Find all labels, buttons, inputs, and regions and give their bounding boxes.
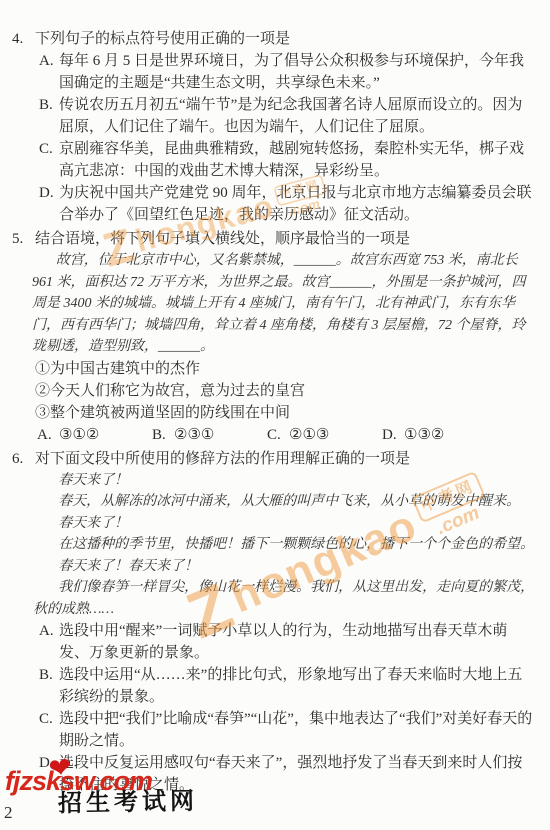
q4-option-d-label: D. [39,182,59,226]
q5-item-2: ②今天人们称它为故宫，意为过去的皇宫 [35,380,538,402]
q5-choice-a-label: A. [37,424,59,446]
q5-choice-d-text: ①③② [404,424,444,446]
q4-option-b-text: 传说农历五月初五“端午节”是为纪念我国著名诗人屈原而设立的。因为屈原，人们记住了… [59,94,538,138]
question-5-number: 5. [12,228,35,250]
q6-option-a-text: 选段中用“醒来”一词赋予小草以人的行为，生动地描写出春天草木萌发、万象更新的景象… [59,620,538,664]
q5-choice-b-text: ②③① [174,424,214,446]
question-5-stem: 5. 结合语境，将下列句子填入横线处，顺序最恰当的一项是 [12,228,538,250]
question-5: 5. 结合语境，将下列句子填入横线处，顺序最恰当的一项是 故宫，位于北京市中心，… [12,228,538,446]
q6-option-c-label: C. [39,708,59,752]
q5-choice-b-label: B. [152,424,174,446]
page-number: 2 [4,802,13,824]
q5-choice-d-label: D. [382,424,404,446]
q4-option-b-label: B. [39,94,59,138]
q6-poem-line-6: 我们像春笋一样冒尖，像山花一样烂漫。我们，从这里出发，走向夏的繁茂，秋的成熟…… [33,577,536,620]
q5-choice-c-text: ②①③ [289,424,329,446]
question-6-stem-text: 对下面文段中所使用的修辞方法的作用理解正确的一项是 [35,448,538,470]
question-4: 4. 下列句子的标点符号使用正确的一项是 A. 每年 6 月 5 日是世界环境日… [12,28,538,226]
q4-option-a-text: 每年 6 月 5 日是世界环境日，为了倡导公众积极参与环境保护，今年我国确定的主… [59,50,538,94]
q5-choice-a: A. ③①② [37,424,152,446]
q6-option-b: B. 选段中运用“从……来”的排比句式，形象地写出了春天来临时大地上五彩缤纷的景… [12,664,538,708]
q5-choice-a-text: ③①② [59,424,99,446]
question-5-stem-text: 结合语境，将下列句子填入横线处，顺序最恰当的一项是 [35,228,538,250]
q5-choice-c: C. ②①③ [267,424,382,446]
exam-page: 4. 下列句子的标点符号使用正确的一项是 A. 每年 6 月 5 日是世界环境日… [0,0,550,796]
q5-item-3: ③整个建筑被两道坚固的防线围在中间 [35,402,538,424]
q4-option-d: D. 为庆祝中国共产党建党 90 周年，北京日报与北京市地方志编纂委员会联合举办… [12,182,538,226]
question-6: 6. 对下面文段中所使用的修辞方法的作用理解正确的一项是 春天来了！ 春天，从解… [12,448,538,797]
q4-option-b: B. 传说农历五月初五“端午节”是为纪念我国著名诗人屈原而设立的。因为屈原，人们… [12,94,538,138]
q5-choices-row: A. ③①② B. ②③① C. ②①③ D. ①③② [37,424,538,446]
q4-option-c-label: C. [39,138,59,182]
q5-passage: 故宫，位于北京市中心，又名紫禁城，______。故宫东西宽 753 米，南北长 … [32,250,536,358]
q4-option-d-text: 为庆祝中国共产党建党 90 周年，北京日报与北京市地方志编纂委员会联合举办了《回… [59,182,538,226]
question-4-stem-text: 下列句子的标点符号使用正确的一项是 [35,28,538,50]
q4-option-c: C. 京剧雍容华美，昆曲典雅精致，越剧宛转悠扬，秦腔朴实无华，梆子戏高亢悲凉：中… [12,138,538,182]
q6-poem-line-5: 春天来了！春天来了！ [33,556,536,578]
question-6-stem: 6. 对下面文段中所使用的修辞方法的作用理解正确的一项是 [12,448,538,470]
q6-option-b-text: 选段中运用“从……来”的排比句式，形象地写出了春天来临时大地上五彩缤纷的景象。 [59,664,538,708]
q6-poem-line-4: 在这播种的季节里，快播吧！播下一颗颗绿色的心，播下一个个金色的希望。 [33,534,536,556]
q5-choice-c-label: C. [267,424,289,446]
q5-choice-d: D. ①③② [382,424,497,446]
q5-item-1: ①为中国古建筑中的杰作 [35,358,538,380]
q6-poem-line-2: 春天，从解冻的冰河中涌来，从大雁的叫声中飞来，从小草的萌发中醒来。 [33,491,536,513]
q6-poem-line-3: 春天来了！ [33,513,536,535]
question-4-number: 4. [12,28,35,50]
question-4-stem: 4. 下列句子的标点符号使用正确的一项是 [12,28,538,50]
q6-option-b-label: B. [39,664,59,708]
q6-poem-line-1: 春天来了！ [33,470,536,492]
question-6-number: 6. [12,448,35,470]
q4-option-a: A. 每年 6 月 5 日是世界环境日，为了倡导公众积极参与环境保护，今年我国确… [12,50,538,94]
q6-option-a-label: A. [39,620,59,664]
q6-poem: 春天来了！ 春天，从解冻的冰河中涌来，从大雁的叫声中飞来，从小草的萌发中醒来。 … [12,470,538,621]
q6-option-a: A. 选段中用“醒来”一词赋予小草以人的行为，生动地描写出春天草木萌发、万象更新… [12,620,538,664]
footer-site-name: 招生考试网 [58,789,198,818]
q5-choice-b: B. ②③① [152,424,267,446]
q4-option-c-text: 京剧雍容华美，昆曲典雅精致，越剧宛转悠扬，秦腔朴实无华，梆子戏高亢悲凉：中国的戏… [59,138,538,182]
q6-option-c-text: 选段中把“我们”比喻成“春笋”“山花”，集中地表达了“我们”对美好春天的期盼之情… [59,708,538,752]
q6-option-c: C. 选段中把“我们”比喻成“春笋”“山花”，集中地表达了“我们”对美好春天的期… [12,708,538,752]
q4-option-a-label: A. [39,50,59,94]
